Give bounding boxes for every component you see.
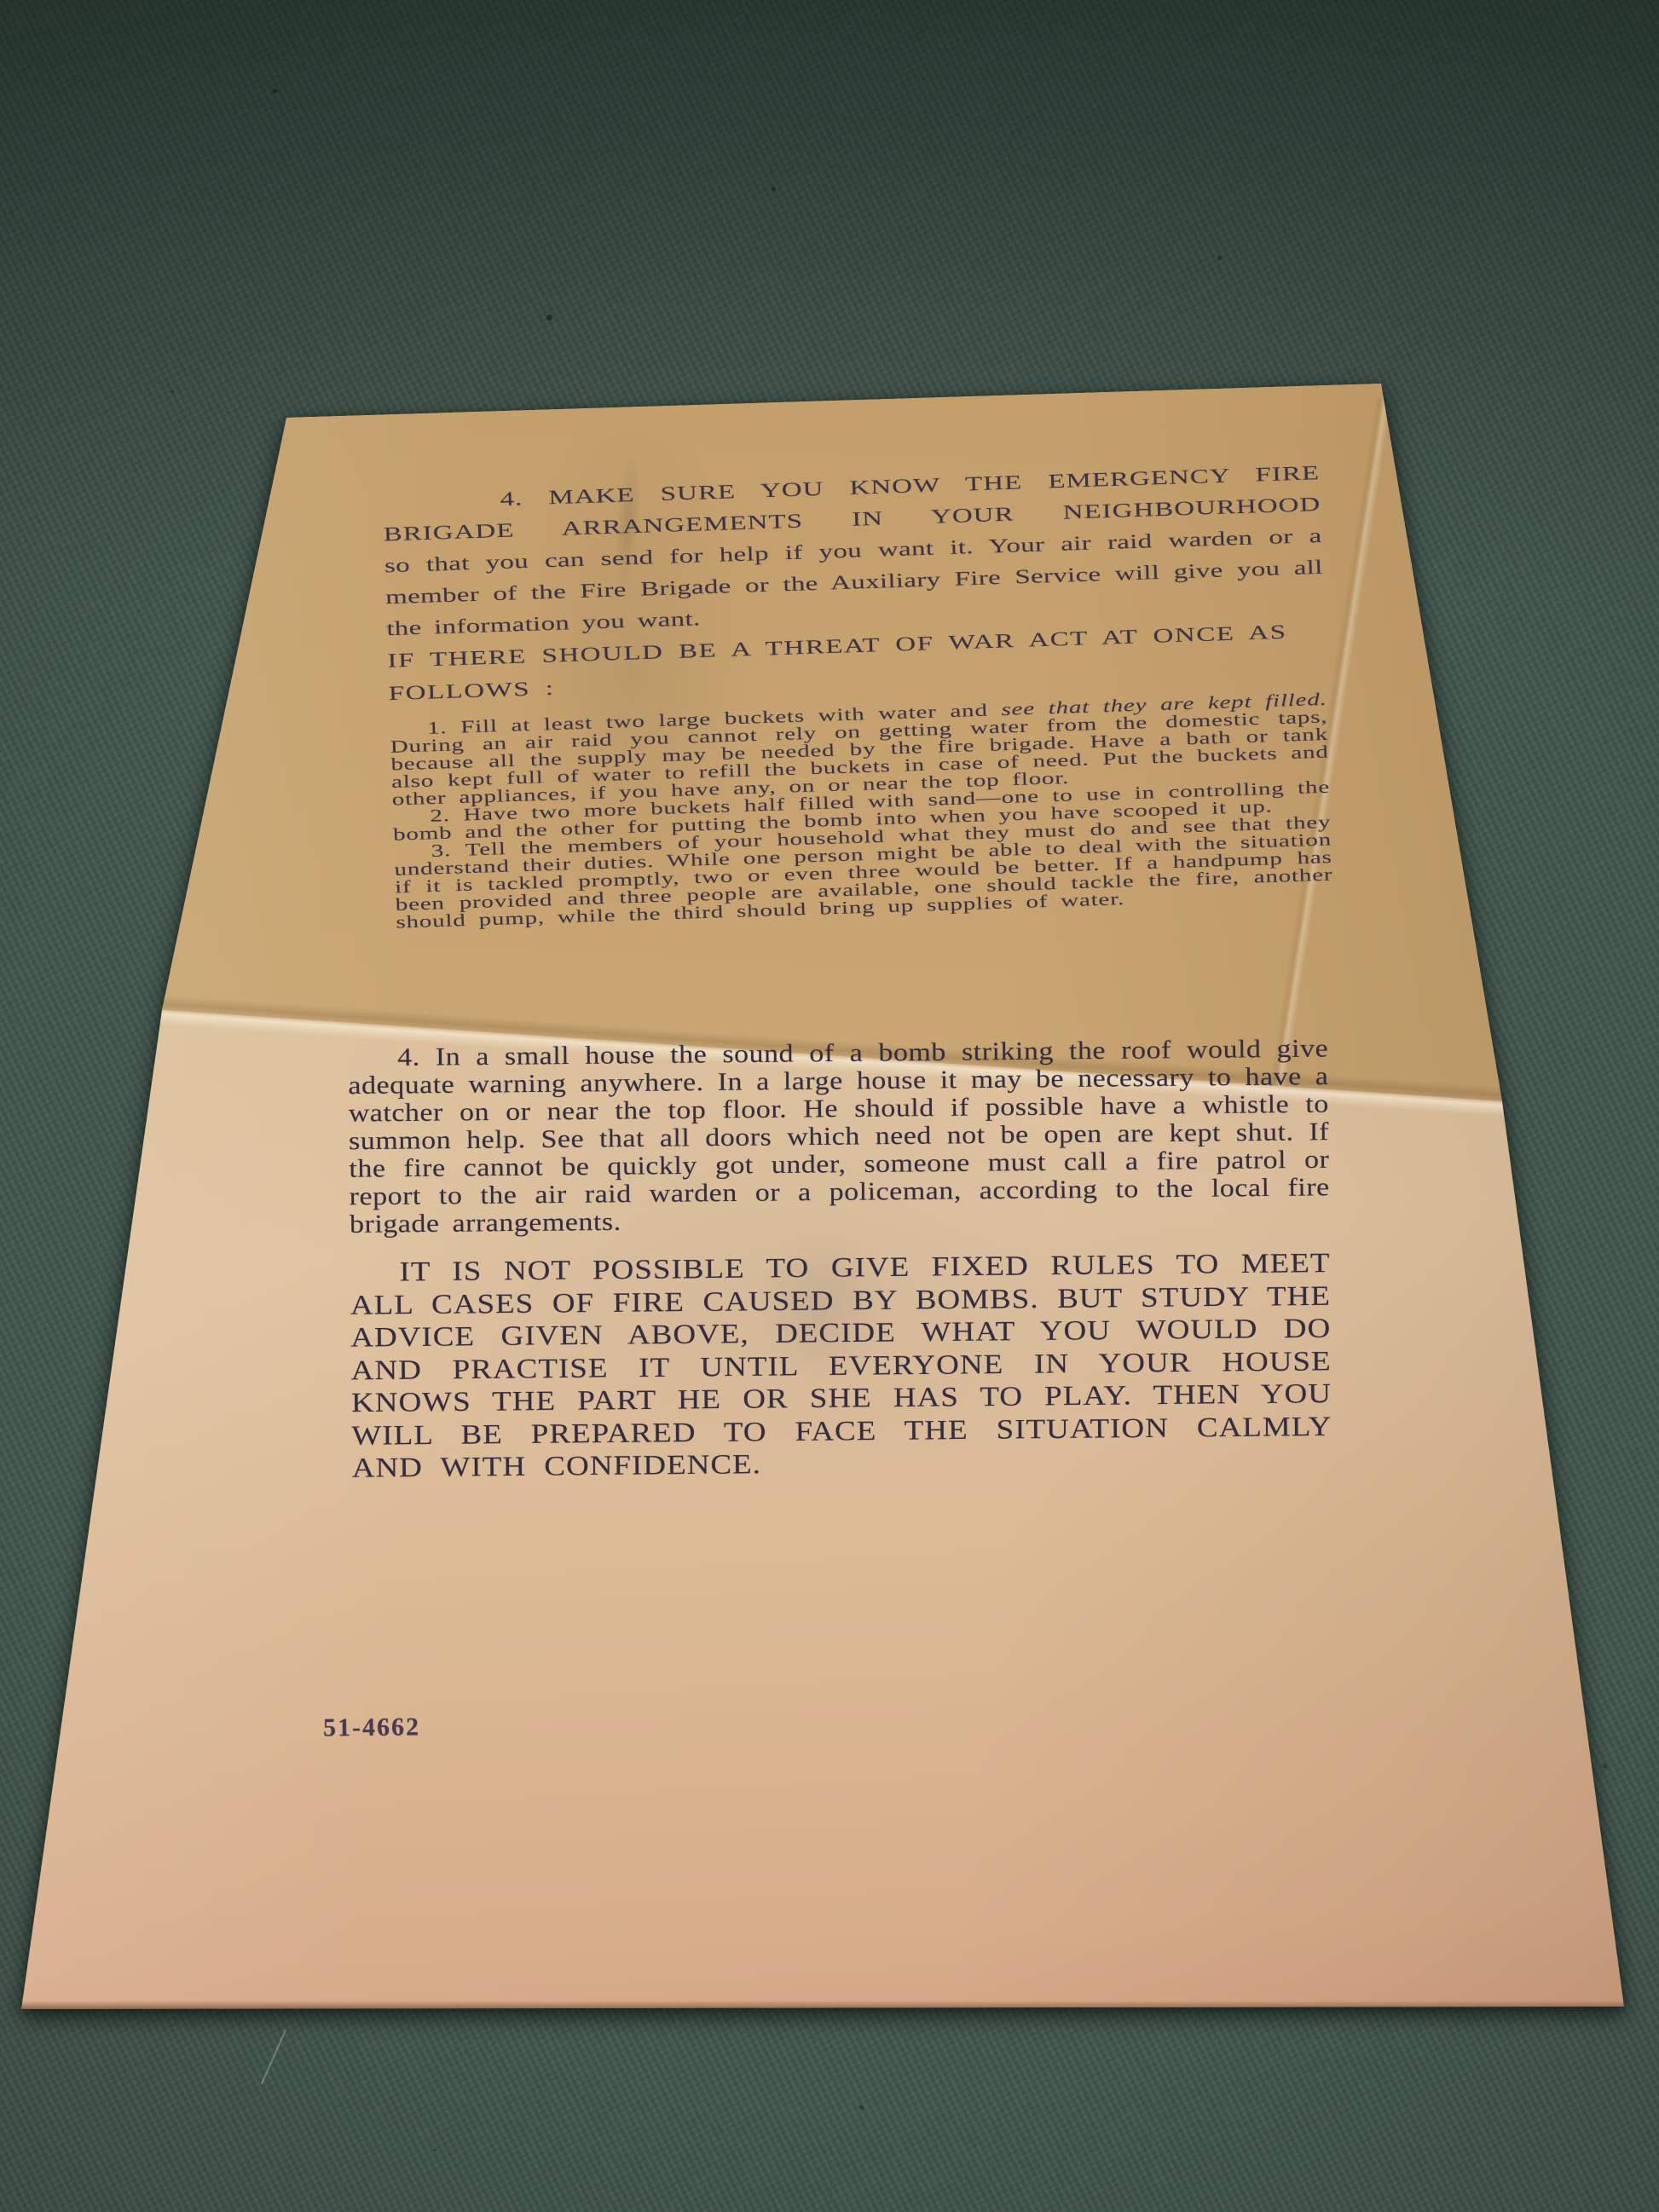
instruction-list: 1. Fill at least two large buckets with … [390, 690, 1333, 931]
conclusion-paragraph: IT IS NOT POSSIBLE TO GIVE FIXED RULES T… [350, 1247, 1332, 1485]
instruction-4: 4. In a small house the sound of a bomb … [348, 1035, 1330, 1239]
upper-panel-text: 4. MAKE SURE YOU KNOW THE EMERGENCY FIRE… [382, 457, 1333, 931]
print-code: 51-4662 [323, 1713, 420, 1743]
intro-paragraph: 4. MAKE SURE YOU KNOW THE EMERGENCY FIRE… [382, 457, 1324, 644]
fabric-speck [273, 89, 277, 93]
paper-bottom-edge [21, 2001, 1628, 2012]
photo-of-leaflet-on-fabric: { "photo": { "description": "Wartime fir… [0, 0, 1659, 2212]
fabric-lint-thread [261, 2030, 286, 2085]
lower-panel-text: 4. In a small house the sound of a bomb … [348, 1035, 1332, 1485]
